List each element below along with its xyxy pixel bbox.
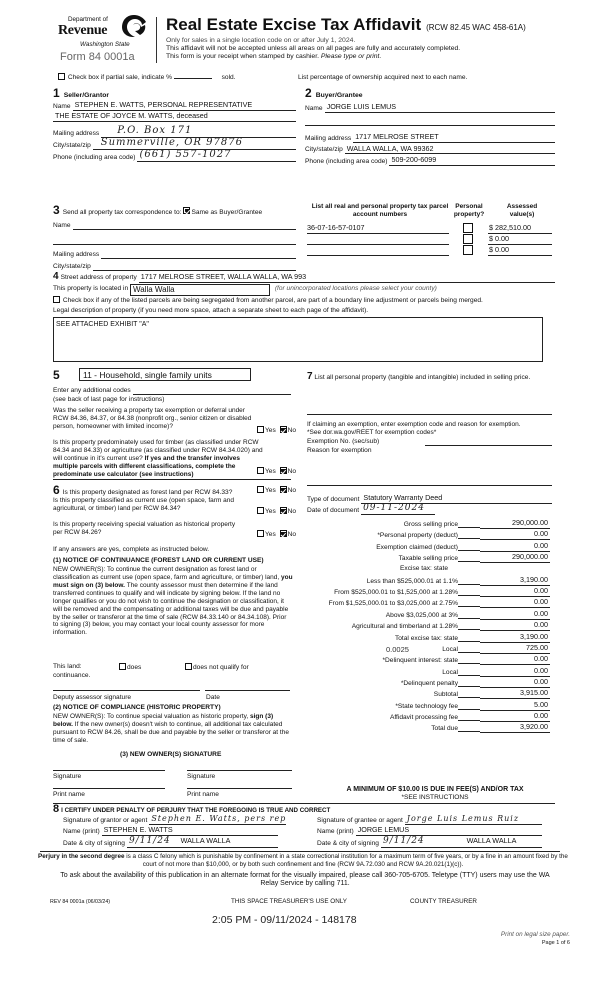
instruct-text: If any answers are yes, complete as inst… (53, 546, 209, 554)
grantor-signature-row: Signature of grantor or agent Stephen E.… (63, 813, 278, 825)
tax-value-field[interactable]: 290,000.00 (480, 553, 550, 563)
corr-mailing-field[interactable] (101, 250, 296, 259)
use-code-select[interactable]: 11 - Household, single family units (79, 368, 251, 381)
seller-name-field-2[interactable]: THE ESTATE OF JOYCE M. WATTS, deceased (53, 112, 296, 122)
historic-yes-no: Yes No (257, 530, 296, 539)
located-row: This property is located in Walla Walla … (53, 284, 437, 296)
tax-value-field[interactable]: 290,000.00 (480, 519, 550, 529)
tax-value-field[interactable]: 0.00 (480, 542, 550, 552)
personal-property-field[interactable] (307, 414, 552, 415)
personal-property-checkbox[interactable] (463, 245, 473, 255)
additional-codes-note: (see back of last page for instructions) (53, 396, 164, 404)
tax-row: Exemption claimed (deduct)0.00 (300, 541, 550, 552)
tax-value-field[interactable]: 3,190.00 (480, 576, 550, 586)
grantee-name-field[interactable]: JORGE LEMUS (356, 826, 542, 836)
tax-row: From $525,000.01 to $1,525,000 at 1.28%0… (300, 586, 550, 597)
additional-codes-row: Enter any additional codes (53, 386, 291, 395)
timber-yes-no: Yes No (257, 467, 296, 476)
tax-row: *Personal property (deduct)0.00 (300, 529, 550, 540)
print-name-label: Print name (187, 791, 219, 799)
personal-property-checkbox[interactable] (463, 234, 473, 244)
tax-row: Less than $525,000.01 at 1.1%3,190.00 (300, 575, 550, 586)
this-land-row: This land: does does not qualify for (53, 663, 293, 671)
page-title: Real Estate Excise Tax Affidavit (166, 15, 421, 34)
seller-name-field[interactable]: STEPHEN E. WATTS, PERSONAL REPRESENTATIV… (73, 101, 296, 111)
partial-sale-row: Check box if partial sale, indicate % so… (58, 73, 236, 82)
seller-phone-label: Phone (including area code) (53, 154, 137, 162)
located-in-select[interactable]: Walla Walla (130, 284, 270, 296)
perjury-notice: Perjury in the second degree is a class … (38, 853, 568, 869)
legal-size-note: Print on legal size paper. (501, 931, 570, 939)
seller-name-label: Name (53, 103, 73, 111)
buyer-mailing-label: Mailing address (305, 135, 353, 143)
assessed-value-field[interactable]: $ 282,510.00 (488, 224, 552, 234)
tax-value-field[interactable]: 0.00 (480, 621, 550, 631)
county-treasurer-label: COUNTY TREASURER (410, 898, 477, 906)
continuance-label: continuance. (53, 672, 90, 680)
buyer-name-label: Name (305, 105, 325, 113)
tax-value-field[interactable]: 0.00 (480, 667, 550, 677)
same-as-buyer-checkbox[interactable] (183, 207, 190, 214)
tax-row: From $1,525,000.01 to $3,025,000 at 2.75… (300, 597, 550, 608)
grantee-signature-row: Signature of grantee or agent Jorge Luis… (317, 813, 542, 825)
tax-value-field[interactable]: 725.00 (480, 644, 550, 654)
deputy-signature-line[interactable] (53, 690, 200, 691)
local-rate: 0.0025 (386, 645, 409, 654)
assessed-value-field[interactable]: $ 0.00 (488, 235, 552, 245)
corr-name-field[interactable] (73, 221, 296, 230)
dor-swirl-icon (121, 14, 147, 38)
located-note: (for unincorporated locations please sel… (275, 285, 437, 292)
grantor-date-field[interactable]: 9/11/24 WALLA WALLA (127, 836, 278, 848)
tax-row: Local0.00 (300, 666, 550, 677)
divider (53, 479, 291, 480)
owner-print-line-1[interactable] (53, 788, 165, 789)
tax-row: Agricultural and timberland at 1.28%0.00 (300, 620, 550, 631)
notice2-text: NEW OWNER(S): To continue special valuat… (53, 713, 293, 745)
parcel-number-field[interactable]: 36-07-16-57-0107 (307, 224, 449, 234)
no-checkbox[interactable] (280, 507, 287, 514)
personal-col-header: Personal property? (451, 203, 487, 219)
corr-name-field-2[interactable] (53, 236, 296, 245)
see-instructions-note: *SEE INSTRUCTIONS (300, 794, 570, 802)
section-number: 2 (305, 86, 312, 100)
deputy-date-line[interactable] (205, 690, 290, 691)
notice2-title: (2) NOTICE OF COMPLIANCE (HISTORIC PROPE… (53, 704, 221, 712)
buyer-mailing-field[interactable]: 1717 MELROSE STREET (353, 133, 555, 143)
section-number: 4 (53, 271, 59, 283)
form-number: Form 84 0001a (60, 51, 135, 64)
street-address-field[interactable]: 1717 MELROSE STREET, WALLA WALLA, WA 993 (139, 273, 555, 283)
grantee-signature-field[interactable]: Jorge Luis Lemus Ruiz (405, 814, 542, 825)
buyer-city-field[interactable]: WALLA WALLA, WA 99362 (345, 145, 555, 155)
partial-sale-percent-field[interactable] (174, 78, 212, 79)
doc-date-field[interactable]: 09-11-2024 (361, 503, 435, 515)
buyer-section: 2 Buyer/Grantee Name JORGE LUIS LEMUS Ma… (305, 86, 555, 166)
street-address-row: 4 Street address of property 1717 MELROS… (53, 271, 555, 283)
does-checkbox[interactable] (119, 663, 126, 670)
tax-row: *State technology fee5.00 (300, 700, 550, 711)
exemption-no-label: Exemption No. (sec/sub) (307, 438, 379, 446)
signature-label: Signature (187, 773, 215, 781)
tax-row: *Delinquent penalty0.00 (300, 677, 550, 688)
assessed-col-header: Assessed value(s) (497, 203, 547, 219)
parcel-number-field[interactable] (307, 235, 449, 245)
grantor-name-field[interactable]: STEPHEN E. WATTS (102, 826, 278, 836)
section-number: 6 (53, 483, 60, 497)
forest-yes-no: Yes No (257, 486, 296, 495)
dor-logo: Department of Revenue Washington State F… (58, 14, 150, 70)
no-checkbox[interactable] (280, 486, 287, 493)
buyer-phone-label: Phone (including area code) (305, 158, 389, 166)
personal-property-checkbox[interactable] (463, 223, 473, 233)
grantor-signature-field[interactable]: Stephen E. Watts, pers rep (149, 814, 286, 825)
personal-property-label: 7 List all personal property (tangible a… (307, 369, 555, 384)
owner-print-line-2[interactable] (187, 788, 292, 789)
historic-question: Is this property receiving special valua… (53, 521, 243, 537)
section-title: Buyer/Grantee (316, 92, 363, 100)
timber-question: Is this property predominately used for … (53, 439, 263, 479)
assessed-value-field[interactable]: $ 0.00 (488, 246, 552, 256)
header-note-3: This form is your receipt when stamped b… (166, 53, 381, 61)
seller-phone-field[interactable]: (661) 557-1027 (137, 149, 296, 162)
tax-section-label: Excise tax: state (400, 565, 448, 573)
tax-value-field[interactable]: 0.00 (480, 598, 550, 608)
header-note-2: This affidavit will not be accepted unle… (166, 45, 460, 53)
partial-sale-checkbox[interactable] (58, 73, 65, 80)
no-checkbox[interactable] (280, 426, 287, 433)
buyer-name-field[interactable]: JORGE LUIS LEMUS (325, 103, 555, 113)
ownership-note: List percentage of ownership acquired ne… (298, 74, 467, 82)
section-number: 3 (53, 203, 60, 217)
corr-name-label: Name (53, 222, 73, 230)
forest-question: 6 Is this property designated as forest … (53, 483, 232, 497)
seller-section: 1 Seller/Grantor Name STEPHEN E. WATTS, … (53, 86, 296, 162)
reason-label: Reason for exemption (307, 447, 372, 455)
divider (40, 851, 560, 852)
tax-row: 0.0025Local725.00 (300, 643, 550, 654)
segregated-checkbox[interactable] (53, 296, 60, 303)
buyer-name-field-2[interactable] (305, 117, 555, 126)
grantee-date-field[interactable]: 9/11/24 WALLA WALLA (381, 836, 542, 848)
header-divider (156, 17, 157, 63)
yes-checkbox[interactable] (257, 467, 264, 474)
legal-description-label: Legal description of property (if you ne… (53, 307, 368, 315)
yes-checkbox[interactable] (257, 486, 264, 493)
deputy-signature-label: Deputy assessor signature (53, 694, 131, 702)
segregated-row: Check box if any of the listed parcels a… (53, 296, 483, 305)
parcel-number-field[interactable] (307, 246, 449, 256)
exemption-no-field[interactable] (425, 445, 552, 446)
receipt-stamp: 2:05 PM - 09/11/2024 - 148178 (212, 914, 357, 927)
owner-signature-line-1[interactable] (53, 770, 165, 771)
tax-row: Total due3,920.00 (300, 722, 550, 733)
yes-checkbox[interactable] (257, 426, 264, 433)
print-name-label: Print name (53, 791, 85, 799)
section-number: 8 (53, 803, 59, 816)
exemption-question: Was the seller receiving a property tax … (53, 407, 261, 431)
treasurer-use-label: THIS SPACE TREASURER'S USE ONLY (231, 898, 347, 906)
tax-value-field[interactable]: 0.00 (480, 587, 550, 597)
page-number: Page 1 of 6 (542, 940, 570, 947)
no-checkbox[interactable] (280, 530, 287, 537)
tax-row: Gross selling price290,000.00 (300, 518, 550, 529)
tax-row: *Delinquent interest: state0.00 (300, 654, 550, 665)
signature-label: Signature (53, 773, 81, 781)
section-number: 1 (53, 86, 60, 100)
alternate-format-notice: To ask about the availability of this pu… (55, 872, 555, 888)
yes-checkbox[interactable] (257, 507, 264, 514)
header-note-1: Only for sales in a single location code… (166, 37, 355, 45)
correspondence-section: 3 Send all property tax correspondence t… (53, 203, 296, 271)
exemption-yes-no: Yes No (257, 426, 296, 435)
tax-value-field[interactable]: 0.00 (480, 530, 550, 540)
tax-row: Total excise tax: state3,190.00 (300, 632, 550, 643)
tax-value-field[interactable]: 0.00 (480, 610, 550, 620)
tax-row: Taxable selling price290,000.00 (300, 552, 550, 563)
grantee-date-row: Date & city of signing 9/11/24 WALLA WAL… (317, 836, 542, 848)
buyer-city-label: City/state/zip (305, 146, 345, 154)
doc-date-row: Date of document 09-11-2024 (307, 503, 552, 515)
tax-value-field[interactable]: 0.00 (480, 712, 550, 722)
does-not-checkbox[interactable] (185, 663, 192, 670)
reason-field[interactable] (307, 485, 552, 486)
no-checkbox[interactable] (280, 467, 287, 474)
grantor-name-row: Name (print) STEPHEN E. WATTS (63, 826, 278, 836)
tax-value-field[interactable]: 3,920.00 (480, 723, 550, 733)
corr-mailing-label: Mailing address (53, 251, 101, 259)
tax-value-field[interactable]: 0.00 (480, 678, 550, 688)
section-title: Seller/Grantor (64, 92, 109, 100)
current-use-question: Is this property classified as current u… (53, 497, 243, 513)
tax-value-field[interactable]: 3,915.00 (480, 689, 550, 699)
tax-row: Subtotal3,915.00 (300, 688, 550, 699)
notice1-text: NEW OWNER(S): To continue the current de… (53, 566, 293, 637)
current-use-yes-no: Yes No (257, 507, 296, 516)
notice1-title: (1) NOTICE OF CONTINUANCE (FOREST LAND O… (53, 557, 264, 565)
tax-row: Affidavit processing fee0.00 (300, 711, 550, 722)
seller-city-label: City/state/zip (53, 142, 93, 150)
rev-number: REV 84 0001a (06/03/24) (50, 899, 110, 905)
legal-description-field[interactable]: SEE ATTACHED EXHIBIT "A" (53, 317, 543, 362)
buyer-phone-field[interactable]: 509-200-6099 (389, 156, 555, 166)
section-number: 7 (307, 371, 313, 382)
new-owner-signature-title: (3) NEW OWNER(S) SIGNATURE (120, 751, 221, 759)
yes-checkbox[interactable] (257, 530, 264, 537)
tax-row: Above $3,025,000 at 3%0.00 (300, 609, 550, 620)
grantor-date-row: Date & city of signing 9/11/24 WALLA WAL… (63, 836, 278, 848)
additional-codes-field[interactable] (133, 386, 291, 395)
tax-value-field[interactable]: 5.00 (480, 701, 550, 711)
section-number: 5 (53, 368, 60, 382)
deputy-date-label: Date (206, 694, 220, 702)
owner-signature-line-2[interactable] (187, 770, 292, 771)
revenue-wordmark: Revenue (58, 23, 107, 40)
washington-state-label: Washington State (80, 41, 130, 49)
grantee-name-row: Name (print) JORGE LEMUS (317, 826, 542, 836)
exemption-text: If claiming an exemption, enter exemptio… (307, 421, 532, 437)
title-citation: (RCW 82.45 WAC 458-61A) (426, 23, 526, 32)
tax-value-field[interactable]: 3,190.00 (480, 633, 550, 643)
parcel-col-header: List all real and personal property tax … (310, 203, 450, 219)
page-title-block: Real Estate Excise Tax Affidavit (RCW 82… (166, 15, 596, 35)
tax-value-field[interactable]: 0.00 (480, 655, 550, 665)
